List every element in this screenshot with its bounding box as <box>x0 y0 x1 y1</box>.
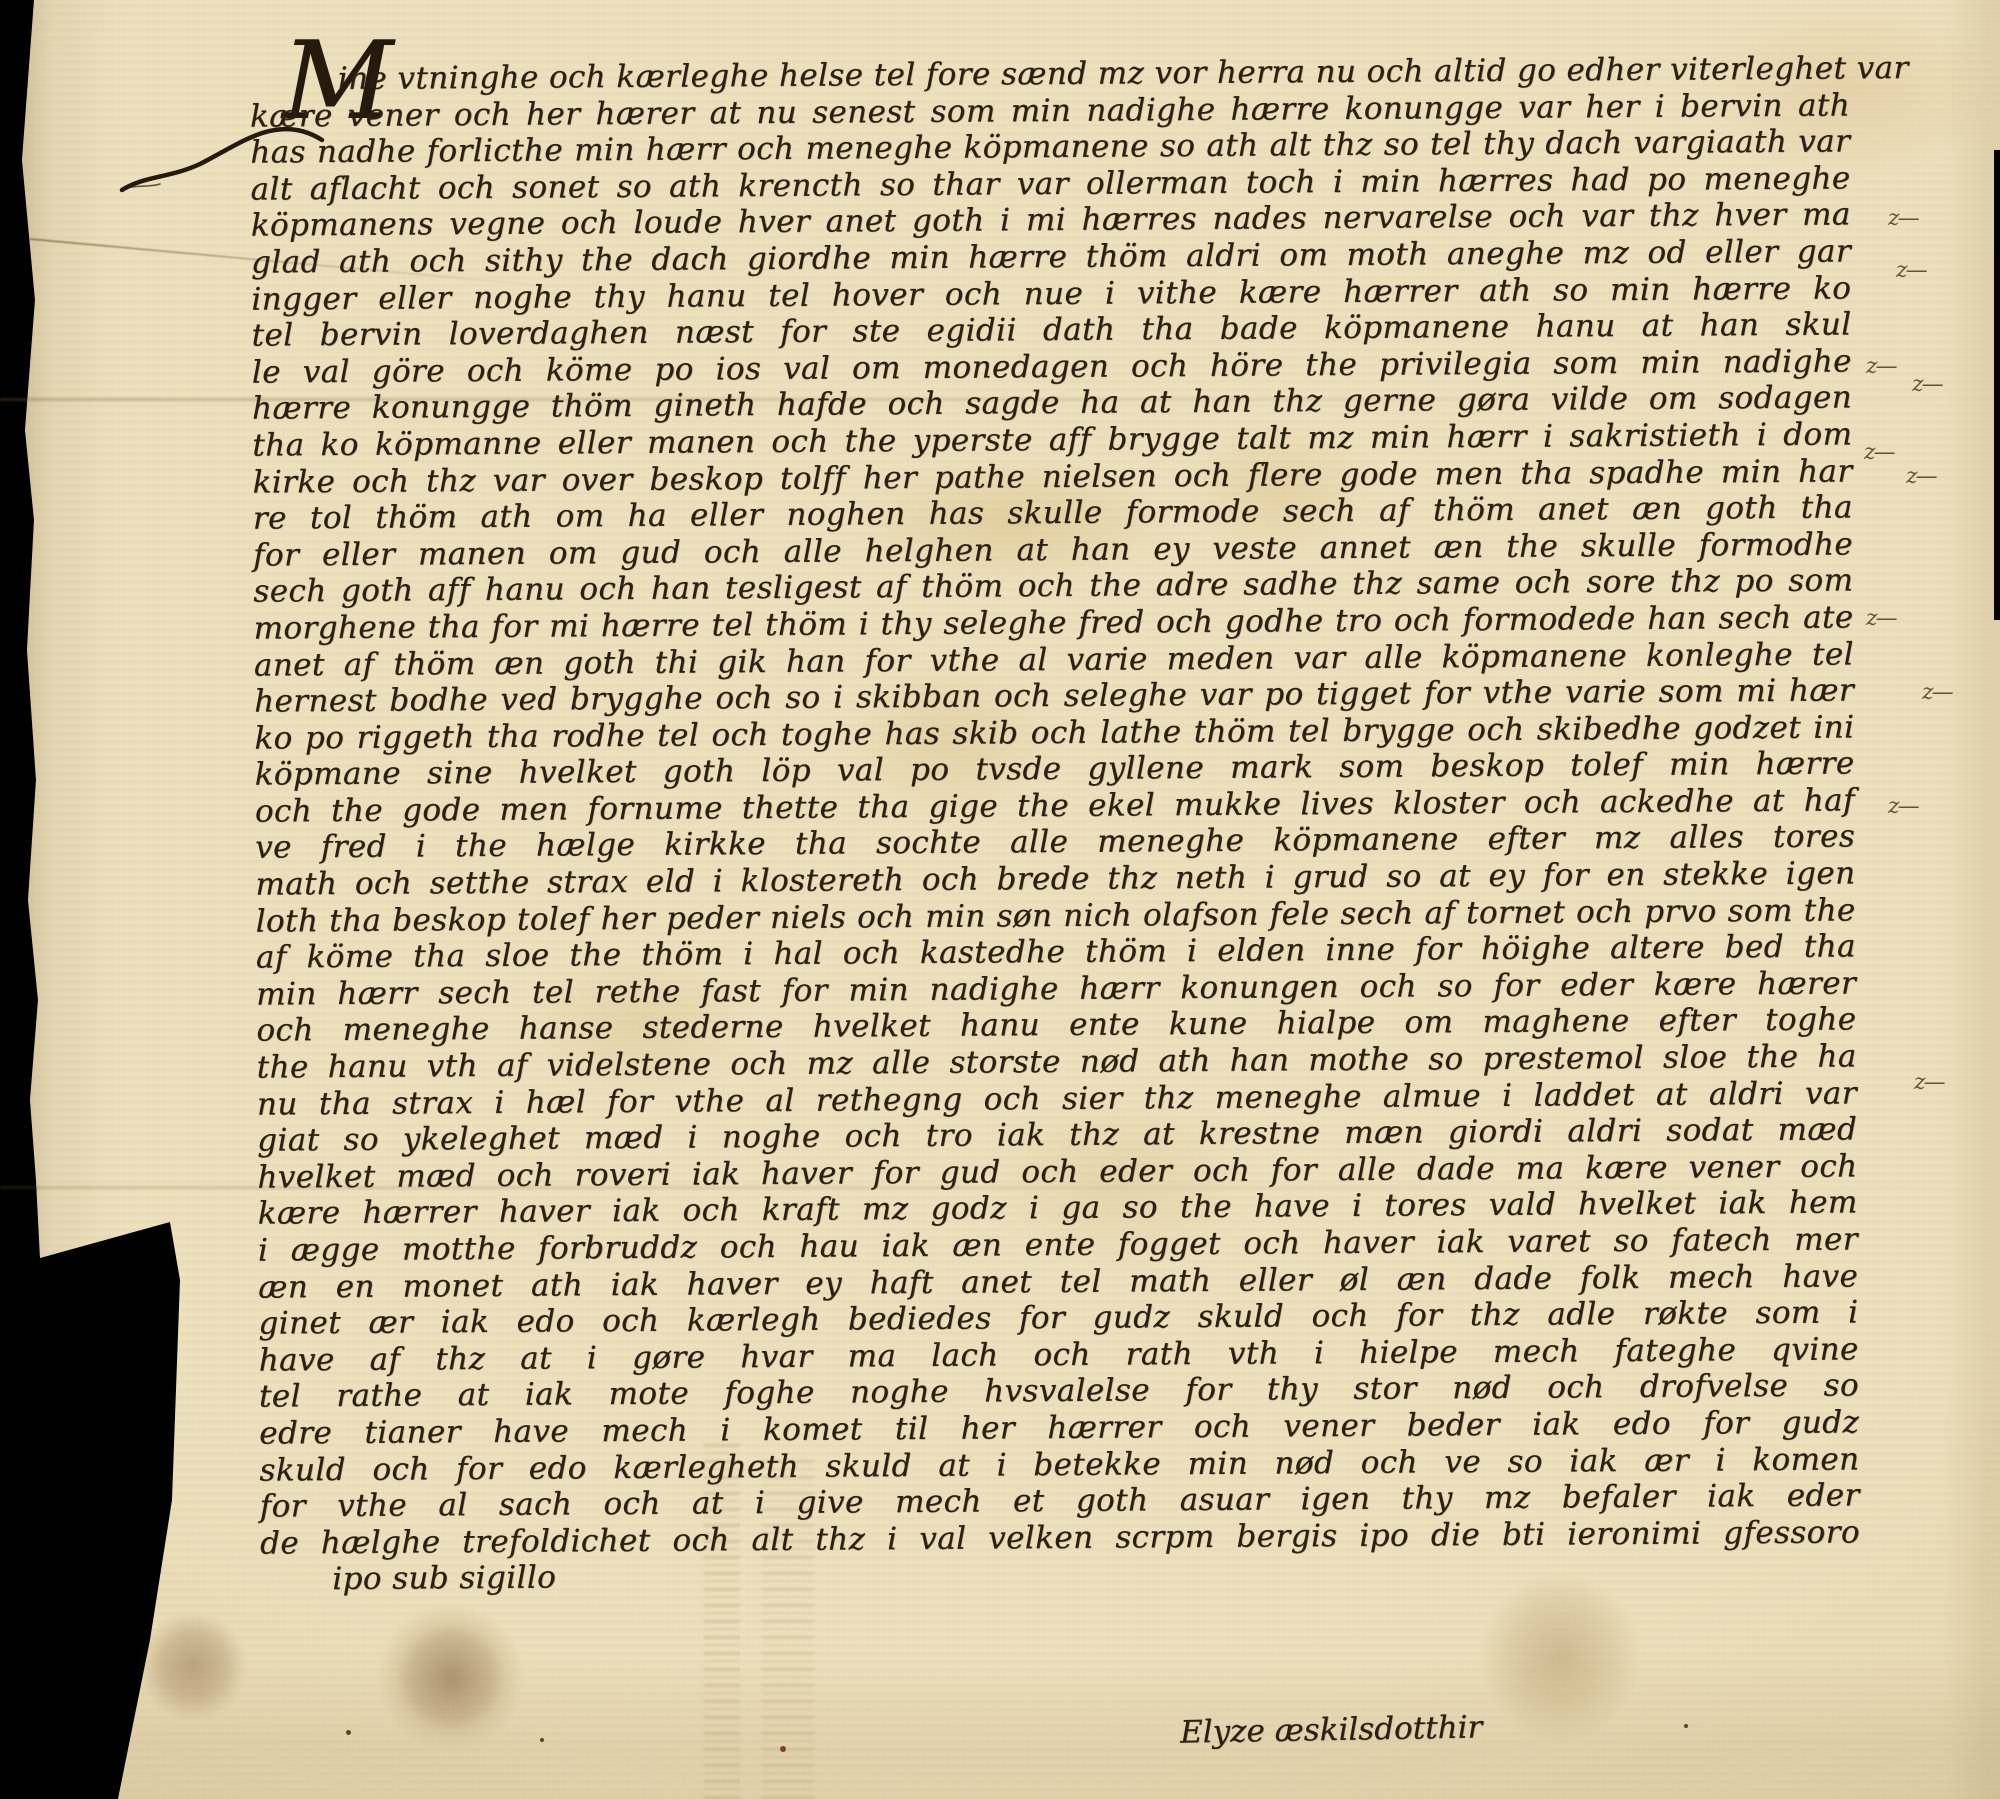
margin-mark: z— <box>1866 606 1896 631</box>
manuscript-scan: M ine vtninghe och kærleghe helse tel fo… <box>0 0 2000 1799</box>
ink-speck <box>346 1730 351 1735</box>
torn-edge-right <box>1994 150 2000 620</box>
ink-speck <box>540 1738 544 1742</box>
margin-mark: z— <box>1888 794 1918 819</box>
margin-mark: z— <box>1914 1070 1944 1095</box>
letter-lines: ine vtninghe och kærleghe helse tel fore… <box>250 50 1860 1561</box>
margin-mark: z— <box>1912 372 1942 397</box>
letter-text-block: ine vtninghe och kærleghe helse tel fore… <box>250 50 1861 1598</box>
margin-mark: z— <box>1896 258 1926 283</box>
signature: Elyze æskilsdotthir <box>1180 1709 1483 1750</box>
ink-stain <box>378 1604 524 1750</box>
margin-mark: z— <box>1906 464 1936 489</box>
margin-mark: z— <box>1922 680 1952 705</box>
margin-mark: z— <box>1866 354 1896 379</box>
ink-stain <box>140 1612 246 1720</box>
ink-speck <box>1684 1724 1688 1728</box>
margin-mark: z— <box>1888 206 1918 231</box>
margin-mark: z— <box>1864 440 1894 465</box>
ink-stain <box>1480 1572 1640 1742</box>
